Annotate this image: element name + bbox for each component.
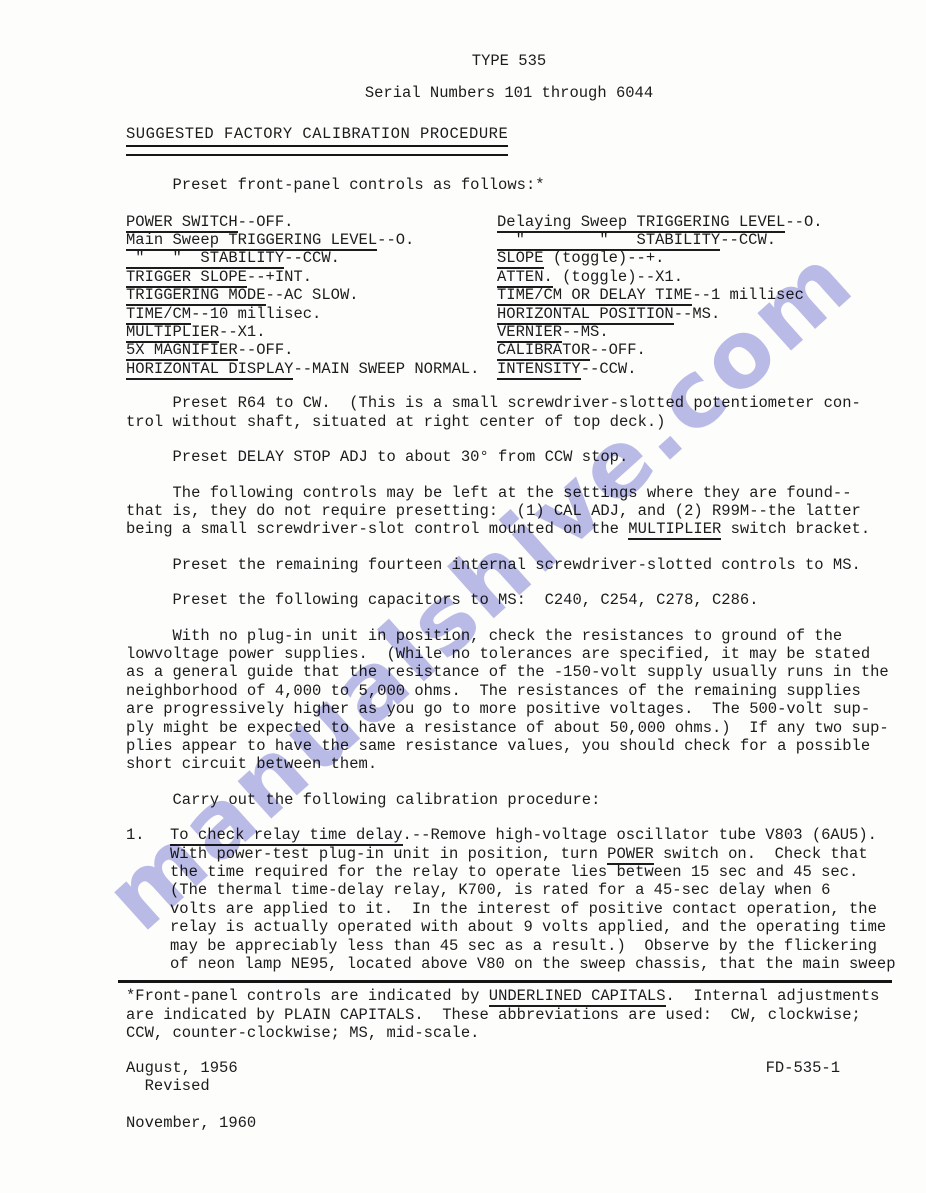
plain-text: that is, they do not require presetting:… [126,502,861,520]
plain-text: --MAIN SWEEP NORMAL. [293,360,479,378]
plain-text: . Internal adjustments [666,987,880,1005]
control-setting: ATTEN. (toggle)--X1. [497,268,892,286]
document-content: TYPE 535 Serial Numbers 101 through 6044… [126,52,892,1133]
plain-text: lowvoltage power supplies. (While no tol… [126,645,870,663]
paragraph-line: neighborhood of 4,000 to 5,000 ohms. The… [126,682,892,700]
list-item: 1.To check relay time delay.--Remove hig… [126,826,892,973]
list-item-line: relay is actually operated with about 9 … [170,918,896,936]
list-item-body: To check relay time delay.--Remove high-… [170,826,896,973]
plain-text: neighborhood of 4,000 to 5,000 ohms. The… [126,682,861,700]
list-item-number: 1. [126,826,170,973]
control-setting: TRIGGERING MODE--AC SLOW. [126,286,497,304]
underlined-text: 5X MAGNIFIER [126,341,238,361]
control-setting: INTENSITY--CCW. [497,360,892,378]
plain-text: --CCW. [720,231,776,249]
plain-text: .--Remove high-voltage oscillator tube V… [403,826,877,844]
control-setting: TIME/CM--10 millisec. [126,305,497,323]
footnote: *Front-panel controls are indicated by U… [126,987,892,1042]
plain-text: With no plug-in unit in position, check … [126,627,842,645]
plain-text: --MS. [674,305,721,323]
plain-text: may be appreciably less than 45 sec as a… [170,937,877,955]
footnote-line: are indicated by PLAIN CAPITALS. These a… [126,1006,892,1024]
numbered-procedure-list: 1.To check relay time delay.--Remove hig… [126,826,892,973]
list-item-line: volts are applied to it. In the interest… [170,900,896,918]
plain-text: switch on. Check that [654,845,868,863]
plain-text: ply might be expected to have a resistan… [126,719,889,737]
paragraph-line: are progressively higher as you go to mo… [126,700,892,718]
document-page: manualshive.com TYPE 535 Serial Numbers … [0,0,926,1193]
list-item-line: (The thermal time-delay relay, K700, is … [170,881,896,899]
plain-text: plies appear to have the same resistance… [126,737,870,755]
paragraph-line: ply might be expected to have a resistan… [126,719,892,737]
plain-text: --O. [377,231,414,249]
paragraph-line: With no plug-in unit in position, check … [126,627,892,645]
paragraph: Preset DELAY STOP ADJ to about 30° from … [126,448,892,466]
plain-text: the time required for the relay to opera… [170,863,858,881]
section-heading: SUGGESTED FACTORY CALIBRATION PROCEDURE [126,125,508,147]
control-setting: Main Sweep TRIGGERING LEVEL--O. [126,231,497,249]
underlined-text: UNDERLINED CAPITALS [489,987,666,1007]
footer-date-bottom: November, 1960 [126,1114,892,1132]
control-setting: TRIGGER SLOPE--+INT. [126,268,497,286]
doc-type-title: TYPE 535 [126,52,892,70]
plain-text: --X1. [219,323,266,341]
footnote-rule [118,980,892,983]
footer-revised: Revised [126,1077,892,1095]
control-setting: HORIZONTAL POSITION--MS. [497,305,892,323]
plain-text: are indicated by PLAIN CAPITALS. These a… [126,1006,861,1024]
control-setting: Delaying Sweep TRIGGERING LEVEL--O. [497,213,892,231]
plain-text: Preset DELAY STOP ADJ to about 30° from … [126,448,628,466]
paragraph-line: The following controls may be left at th… [126,484,892,502]
plain-text: --AC SLOW. [266,286,359,304]
control-setting: SLOPE (toggle)--+. [497,249,892,267]
paragraph: Carry out the following calibration proc… [126,791,892,809]
controls-columns: POWER SWITCH--OFF.Main Sweep TRIGGERING … [126,213,892,379]
underlined-text: TRIGGERING MODE [126,286,266,306]
paragraph-line: Preset the following capacitors to MS: C… [126,591,892,609]
footnote-line: CCW, counter-clockwise; MS, mid-scale. [126,1024,892,1042]
underlined-text: ATTEN. [497,268,553,288]
underlined-text: Delaying Sweep TRIGGERING LEVEL [497,213,785,233]
paragraph: Preset the following capacitors to MS: C… [126,591,892,609]
paragraph-line: being a small screwdriver-slot control m… [126,520,892,538]
plain-text: Preset the following capacitors to MS: C… [126,591,759,609]
plain-text: *Front-panel controls are indicated by [126,987,489,1005]
plain-text: --OFF. [238,341,294,359]
plain-text: --+INT. [247,268,312,286]
plain-text: --OFF. [238,213,294,231]
controls-left-column: POWER SWITCH--OFF.Main Sweep TRIGGERING … [126,213,497,379]
plain-text: --CCW. [581,360,637,378]
footnote-line: *Front-panel controls are indicated by U… [126,987,892,1005]
list-item-line: of neon lamp NE95, located above V80 on … [170,955,896,973]
underlined-text: HORIZONTAL DISPLAY [126,360,293,380]
paragraph-line: lowvoltage power supplies. (While no tol… [126,645,892,663]
paragraph: Preset the remaining fourteen internal s… [126,556,892,574]
list-item-line: To check relay time delay.--Remove high-… [170,826,896,844]
plain-text: --MS. [562,323,609,341]
underlined-text: VERNIER [497,323,562,343]
list-item-line: may be appreciably less than 45 sec as a… [170,937,896,955]
section-heading-wrap: SUGGESTED FACTORY CALIBRATION PROCEDURE [126,125,508,156]
control-setting: HORIZONTAL DISPLAY--MAIN SWEEP NORMAL. [126,360,497,378]
plain-text: of neon lamp NE95, located above V80 on … [170,955,896,973]
paragraph-line: as a general guide that the resistance o… [126,663,892,681]
plain-text: Carry out the following calibration proc… [126,791,600,809]
footer-row: August, 1956 FD-535-1 [126,1059,892,1077]
plain-text: --10 millisec. [191,305,321,323]
doc-id: FD-535-1 [766,1059,840,1077]
plain-text: With power-test plug-in unit in position… [170,845,607,863]
control-setting: MULTIPLIER--X1. [126,323,497,341]
paragraph: With no plug-in unit in position, check … [126,627,892,774]
paragraph-line: Preset the remaining fourteen internal s… [126,556,892,574]
plain-text: --1 millisec [692,286,804,304]
plain-text: --O. [785,213,822,231]
plain-text: --OFF. [590,341,646,359]
control-setting: POWER SWITCH--OFF. [126,213,497,231]
list-item-line: the time required for the relay to opera… [170,863,896,881]
intro-line: Preset front-panel controls as follows:* [126,176,892,194]
control-setting: TIME/CM OR DELAY TIME--1 millisec [497,286,892,304]
plain-text: The following controls may be left at th… [126,484,852,502]
doc-serial-line: Serial Numbers 101 through 6044 [126,84,892,102]
paragraph-line: Preset R64 to CW. (This is a small screw… [126,394,892,412]
paragraph-line: short circuit between them. [126,755,892,773]
footer-date: August, 1956 [126,1059,238,1077]
list-item-line: With power-test plug-in unit in position… [170,845,896,863]
plain-text: CCW, counter-clockwise; MS, mid-scale. [126,1024,479,1042]
underlined-text: " " STABILITY [497,231,720,251]
plain-text: trol without shaft, situated at right ce… [126,413,666,431]
body-paragraphs: Preset R64 to CW. (This is a small screw… [126,394,892,809]
control-setting: VERNIER--MS. [497,323,892,341]
underlined-text: MULTIPLIER [628,520,721,540]
underlined-text: TIME/CM OR DELAY TIME [497,286,692,306]
underlined-text: SLOPE [497,249,544,269]
plain-text: short circuit between them. [126,755,377,773]
paragraph-line: Carry out the following calibration proc… [126,791,892,809]
control-setting: " " STABILITY--CCW. [126,249,497,267]
underlined-text: POWER SWITCH [126,213,238,233]
plain-text: being a small screwdriver-slot control m… [126,520,628,538]
paragraph-line: plies appear to have the same resistance… [126,737,892,755]
plain-text: as a general guide that the resistance o… [126,663,889,681]
underlined-text: POWER [607,845,654,865]
plain-text: (toggle)--X1. [553,268,683,286]
underlined-text: To check relay time delay [170,826,403,846]
paragraph-line: Preset DELAY STOP ADJ to about 30° from … [126,448,892,466]
plain-text: Preset R64 to CW. (This is a small screw… [126,394,861,412]
underlined-text: INTENSITY [497,360,581,380]
control-setting: CALIBRATOR--OFF. [497,341,892,359]
underlined-text: " " STABILITY [126,249,284,269]
paragraph-line: trol without shaft, situated at right ce… [126,413,892,431]
plain-text: are progressively higher as you go to mo… [126,700,870,718]
underlined-text: CALIBRATOR [497,341,590,361]
controls-right-column: Delaying Sweep TRIGGERING LEVEL--O. " " … [497,213,892,379]
plain-text: Preset the remaining fourteen internal s… [126,556,861,574]
plain-text: relay is actually operated with about 9 … [170,918,886,936]
underlined-text: TRIGGER SLOPE [126,268,247,288]
underlined-text: Main Sweep TRIGGERING LEVEL [126,231,377,251]
plain-text: --CCW. [284,249,340,267]
plain-text: (The thermal time-delay relay, K700, is … [170,881,830,899]
paragraph: The following controls may be left at th… [126,484,892,539]
plain-text: volts are applied to it. In the interest… [170,900,877,918]
control-setting: 5X MAGNIFIER--OFF. [126,341,497,359]
paragraph: Preset R64 to CW. (This is a small screw… [126,394,892,431]
underlined-text: MULTIPLIER [126,323,219,343]
paragraph-line: that is, they do not require presetting:… [126,502,892,520]
underlined-text: TIME/CM [126,305,191,325]
heading-second-underline [126,154,508,156]
control-setting: " " STABILITY--CCW. [497,231,892,249]
plain-text: switch bracket. [721,520,870,538]
plain-text: (toggle)--+. [544,249,665,267]
underlined-text: HORIZONTAL POSITION [497,305,674,325]
